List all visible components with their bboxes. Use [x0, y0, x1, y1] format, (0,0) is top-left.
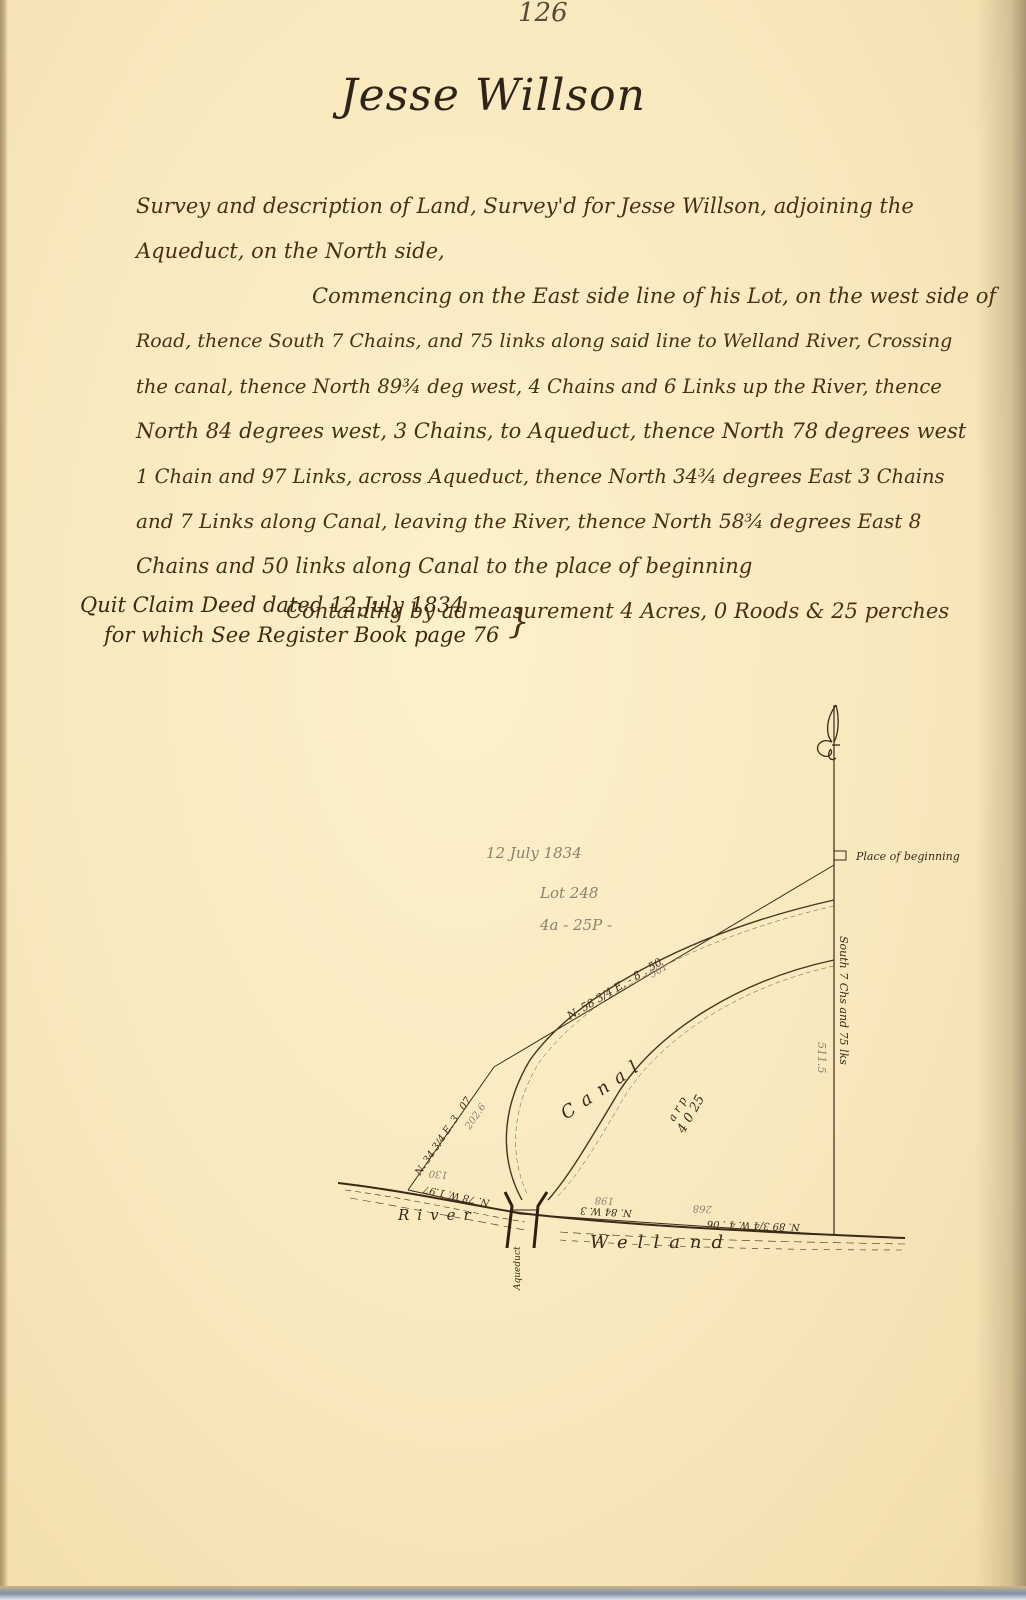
south-edge-pencil: 268: [693, 1202, 713, 1214]
north-arrow-icon: [818, 705, 840, 760]
sw-edge-pencil-1: 130: [428, 1167, 449, 1180]
manuscript-page: 126 Jesse Willson Survey and description…: [0, 0, 1026, 1600]
east-edge-bearing: South 7 Chs and 75 lks: [837, 936, 850, 1065]
scan-bottom-edge: [0, 1586, 1026, 1600]
north-edge-bearing: N. 58 3/4 E. - 8 . 50: [564, 956, 664, 1023]
nw-edge-bearing: N. 34 3/4 E. 3 . 07: [413, 1095, 474, 1179]
sw-edge-bearing-1: N. 78 W. 1.97: [422, 1183, 492, 1208]
place-of-beginning-label: Place of beginning: [855, 850, 960, 863]
south-edge-bearing: N. 89 3/4 W. 4 . 06: [706, 1218, 801, 1232]
canal-label: Canal: [557, 1052, 650, 1124]
pencil-lot-note: Lot 248: [539, 884, 598, 902]
pencil-area-note: 4a - 25P -: [539, 916, 612, 934]
east-edge-pencil: 511.5: [815, 1042, 828, 1074]
survey-plat: Place of beginning: [0, 0, 1026, 1600]
welland-label: Welland: [590, 1232, 733, 1253]
aqueduct-label: Aqueduct: [513, 1246, 523, 1291]
sw-edge-pencil-2: 198: [595, 1194, 615, 1206]
river-label: River: [397, 1206, 479, 1224]
pencil-date-note: 12 July 1834: [486, 844, 582, 862]
